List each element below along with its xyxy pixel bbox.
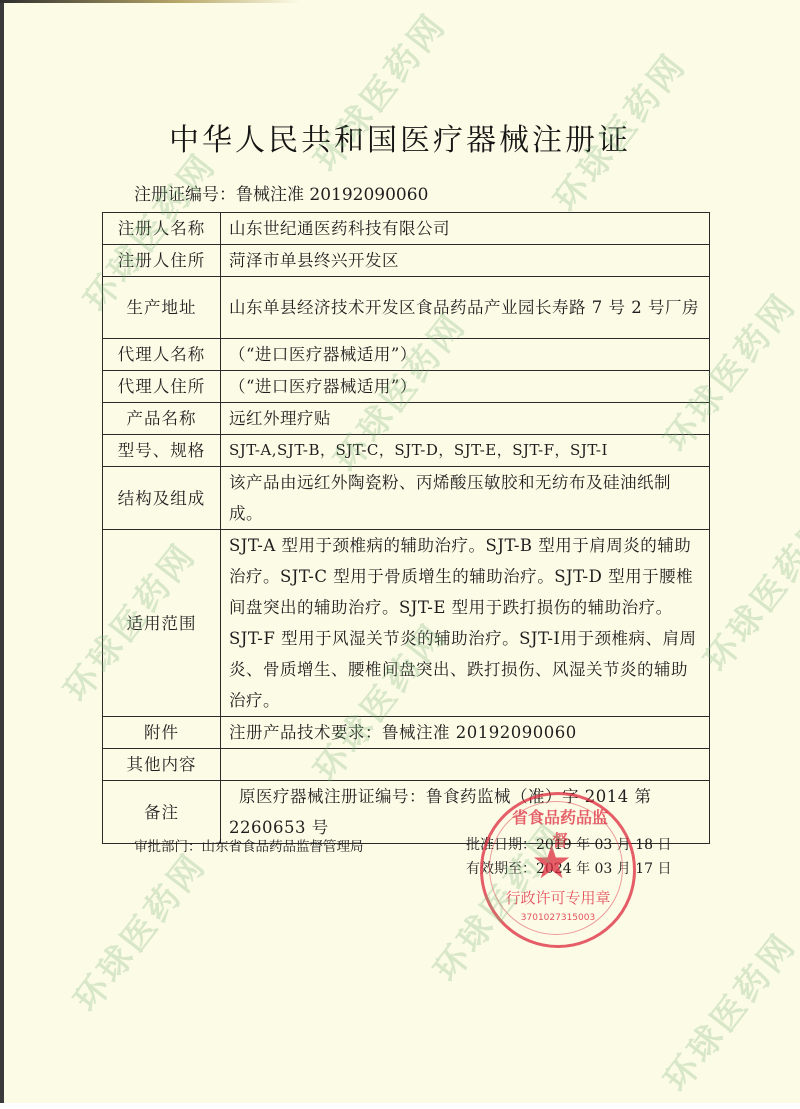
row-value: 该产品由远红外陶瓷粉、丙烯酸压敏胶和无纺布及硅油纸制成。 [221, 467, 710, 530]
row-label: 注册人住所 [103, 245, 221, 277]
row-label: 其他内容 [103, 749, 221, 781]
scan-edge-bottom [0, 1103, 800, 1109]
table-row: 生产地址山东单县经济技术开发区食品药品产业园长寿路 7 号 2 号厂房 [103, 277, 710, 339]
table-row: 注册人名称山东世纪通医药科技有限公司 [103, 213, 710, 245]
seal-text: 行政许可专用章 [501, 887, 615, 908]
row-label: 适用范围 [103, 530, 221, 717]
certificate-table: 注册人名称山东世纪通医药科技有限公司 注册人住所菏泽市单县终兴开发区 生产地址山… [102, 212, 710, 844]
row-label: 生产地址 [103, 277, 221, 339]
approval-department: 审批部门：山东省食品药品监督管理局 [134, 835, 364, 855]
scan-edge-left [0, 0, 4, 1109]
scan-edge-top [0, 0, 300, 3]
row-label: 代理人名称 [103, 339, 221, 371]
certificate-number: 注册证编号：鲁械注准 20192090060 [134, 180, 428, 205]
valid-until-date: 有效期至：2024 年 03 月 17 日 [466, 857, 672, 881]
row-label: 产品名称 [103, 403, 221, 435]
table-row: 代理人名称（“进口医疗器械适用”） [103, 339, 710, 371]
table-row: 附件注册产品技术要求：鲁械注准 20192090060 [103, 717, 710, 749]
approval-date: 批准日期：2019 年 03 月 18 日 [466, 833, 672, 857]
table-row: 结构及组成该产品由远红外陶瓷粉、丙烯酸压敏胶和无纺布及硅油纸制成。 [103, 467, 710, 530]
table-row: 其他内容 [103, 749, 710, 781]
watermark: 环球医药网 [650, 920, 800, 1100]
row-value: 山东单县经济技术开发区食品药品产业园长寿路 7 号 2 号厂房 [221, 277, 710, 339]
seal-code: 3701027315003 [513, 913, 603, 923]
watermark: 环球医药网 [60, 840, 216, 1020]
row-value: 菏泽市单县终兴开发区 [221, 245, 710, 277]
row-value [221, 749, 710, 781]
row-label: 代理人住所 [103, 371, 221, 403]
certificate-number-value: 鲁械注准 20192090060 [236, 185, 428, 205]
row-value: （“进口医疗器械适用”） [221, 371, 710, 403]
row-label: 型号、规格 [103, 435, 221, 467]
row-label: 结构及组成 [103, 467, 221, 530]
row-label: 附件 [103, 717, 221, 749]
row-value: 远红外理疗贴 [221, 403, 710, 435]
row-value: SJT-A,SJT-B，SJT-C，SJT-D，SJT-E，SJT-F，SJT-… [221, 435, 710, 467]
row-value: 注册产品技术要求：鲁械注准 20192090060 [221, 717, 710, 749]
row-value: 山东世纪通医药科技有限公司 [221, 213, 710, 245]
row-value: （“进口医疗器械适用”） [221, 339, 710, 371]
table-row: 型号、规格SJT-A,SJT-B，SJT-C，SJT-D，SJT-E，SJT-F… [103, 435, 710, 467]
document-title: 中华人民共和国医疗器械注册证 [0, 115, 800, 159]
certificate-number-label: 注册证编号： [134, 185, 236, 205]
table-row: 代理人住所（“进口医疗器械适用”） [103, 371, 710, 403]
date-block: 批准日期：2019 年 03 月 18 日 有效期至：2024 年 03 月 1… [466, 833, 672, 881]
row-label: 注册人名称 [103, 213, 221, 245]
table-row: 适用范围SJT-A 型用于颈椎病的辅助治疗。SJT-B 型用于肩周炎的辅助治疗。… [103, 530, 710, 717]
table-row: 注册人住所菏泽市单县终兴开发区 [103, 245, 710, 277]
row-value: SJT-A 型用于颈椎病的辅助治疗。SJT-B 型用于肩周炎的辅助治疗。SJT-… [221, 530, 710, 717]
table-row: 产品名称远红外理疗贴 [103, 403, 710, 435]
